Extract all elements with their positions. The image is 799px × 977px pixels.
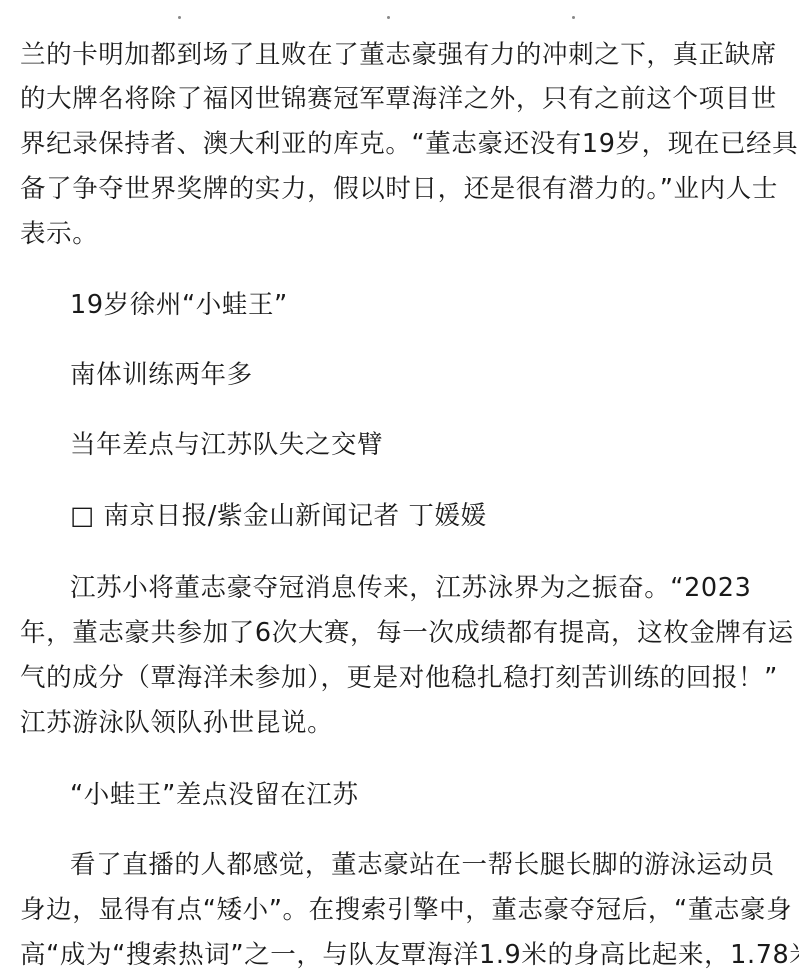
headline-title: 19岁徐州“小蛙王” [70,290,799,320]
mark [572,16,575,19]
text-line: 气的成分（覃海洋未参加），更是对他稳扎稳打刻苦训练的回报！” [20,663,780,693]
text-line: 江苏游泳队领队孙世昆说。 [20,708,780,738]
headline-subtitle: 南体训练两年多 [70,360,799,390]
top-marks [0,16,799,22]
text-line: 身边，显得有点“矮小”。在搜索引擎中，董志豪夺冠后，“董志豪身 [20,895,780,925]
text-line: 江苏小将董志豪夺冠消息传来，江苏泳界为之振奋。“2023 [70,573,799,603]
text-line: 年，董志豪共参加了6次大赛，每一次成绩都有提高，这枚金牌有运 [20,618,780,648]
section-subheading: “小蛙王”差点没留在江苏 [70,780,799,810]
text-line: 的大牌名将除了福冈世锦赛冠军覃海洋之外，只有之前这个项目世 [20,84,780,114]
text-line: 备了争夺世界奖牌的实力，假以时日，还是很有潜力的。”业内人士 [20,174,780,204]
text-line: 界纪录保持者、澳大利亚的库克。“董志豪还没有19岁，现在已经具 [20,129,780,159]
byline: □ 南京日报/紫金山新闻记者 丁媛媛 [70,501,799,531]
text-line: 表示。 [20,219,780,249]
mark [387,16,390,19]
mark [178,16,181,19]
text-line: 看了直播的人都感觉，董志豪站在一帮长腿长脚的游泳运动员 [70,850,799,880]
headline-subtitle: 当年差点与江苏队失之交臂 [70,430,799,460]
text-line: 高“成为“搜索热词”之一，与队友覃海洋1.9米的身高比起来，1.78米 [20,940,780,970]
text-line: 兰的卡明加都到场了且败在了董志豪强有力的冲刺之下，真正缺席 [20,40,780,70]
